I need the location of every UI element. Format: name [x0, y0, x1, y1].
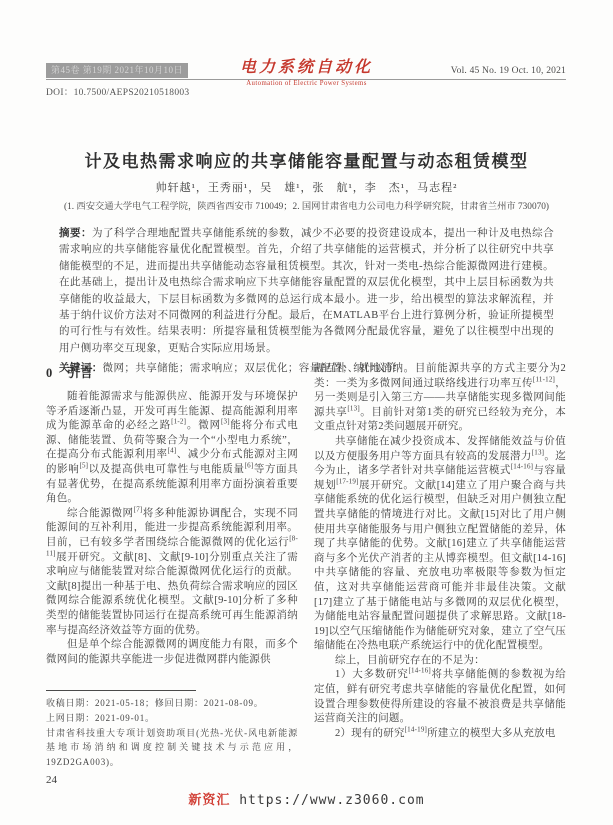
citation-ref: [14-16] — [511, 463, 533, 471]
left-column: 0 引言 随着能源需求与能源供应、能源开发与环境保护等矛盾逐渐凸显，开发可再生能… — [46, 362, 298, 770]
page-number: 24 — [46, 774, 57, 786]
citation-ref: [11-12] — [533, 375, 555, 383]
citation-ref: [6] — [245, 461, 254, 469]
paragraph: 综合能源微网[7]将多种能源协调配合，实现不同能源间的互补利用，能进一步提高系统… — [46, 507, 298, 638]
abstract-label: 摘要： — [59, 228, 92, 239]
citation-ref: [14-16] — [409, 667, 431, 675]
paper-title: 计及电热需求响应的共享储能容量配置与动态租赁模型 — [0, 147, 613, 172]
paragraph: 综上，目前研究存在的不足为： — [314, 654, 566, 669]
body-columns: 0 引言 随着能源需求与能源供应、能源开发与环境保护等矛盾逐渐凸显，开发可再生能… — [46, 362, 566, 770]
citation-ref: [1-2] — [171, 418, 186, 426]
abstract-block: 摘要：为了科学合理地配置共享储能系统的参数，减少不必要的投资建设成本，提出一种计… — [59, 226, 554, 378]
journal-page: 第45卷 第19期 2021年10月10日 DOI：10.7500/AEPS20… — [0, 0, 613, 825]
affiliations-line: (1. 西安交通大学电气工程学院，陕西省西安市 710049；2. 国网甘肃省电… — [0, 198, 613, 212]
citation-ref: [4] — [168, 447, 177, 455]
section-heading-introduction: 0 引言 — [46, 363, 298, 381]
paragraph: 共享储能在减少投资成本、发挥储能效益与价值以及方便服务用户等方面具有较高的发展潜… — [314, 435, 566, 654]
paragraph: 2）现有的研究[14-19]所建立的模型大多从充放电 — [314, 727, 566, 742]
paragraph: 1）大多数研究[14-16]将共享储能侧的参数视为给定值，鲜有研究考虑共享储能的… — [314, 668, 566, 726]
left-column-text: 随着能源需求与能源供应、能源开发与环境保护等矛盾逐渐凸显，开发可再生能源、提高能… — [46, 390, 298, 667]
paragraph: 但是单个综合能源微网的调度能力有限，而多个微网间的能源共享能进一步促进微网群内能… — [46, 638, 298, 667]
footnote-block: 收稿日期：2021-05-18；修回日期：2021-08-09。 上网日期：20… — [46, 690, 298, 770]
footnote-received-dates: 收稿日期：2021-05-18；修回日期：2021-08-09。 — [46, 696, 298, 711]
issue-info-en: Vol. 45 No. 19 Oct. 10, 2021 — [451, 66, 566, 76]
watermark-brand: 新资汇 — [188, 793, 230, 808]
watermark: 新资汇 https://www.z3060.com — [0, 789, 613, 808]
right-column-text: 需互补、就地消纳。目前能源共享的方式主要分为2类：一类为多微网间通过联络线进行功… — [314, 362, 566, 741]
footnote-rule — [46, 690, 196, 691]
paragraph: 随着能源需求与能源供应、能源开发与环境保护等矛盾逐渐凸显，开发可再生能源、提高能… — [46, 390, 298, 507]
citation-ref: [5] — [79, 461, 88, 469]
citation-ref: [17-19] — [336, 477, 358, 485]
footnote-funding: 甘肃省科技重大专项计划资助项目(光热-光伏-风电新能源基地市场消纳和调度控制关键… — [46, 726, 298, 770]
authors-line: 帅轩越¹，王秀丽¹，吴 雄¹，张 航¹，李 杰¹，马志程² — [0, 179, 613, 195]
paragraph: 需互补、就地消纳。目前能源共享的方式主要分为2类：一类为多微网间通过联络线进行功… — [314, 362, 566, 435]
citation-ref: [3] — [221, 418, 230, 426]
right-column: 需互补、就地消纳。目前能源共享的方式主要分为2类：一类为多微网间通过联络线进行功… — [314, 362, 566, 770]
abstract-paragraph: 摘要：为了科学合理地配置共享储能系统的参数，减少不必要的投资建设成本，提出一种计… — [59, 226, 554, 357]
citation-ref: [14-19] — [405, 725, 427, 733]
watermark-url: https://www.z3060.com — [239, 793, 424, 808]
citation-ref: [7] — [134, 505, 143, 513]
citation-ref: [13] — [532, 448, 544, 456]
citation-ref: [13] — [347, 404, 359, 412]
citation-ref: [8-11] — [46, 534, 298, 557]
footnote-online-date: 上网日期：2021-09-01。 — [46, 711, 298, 726]
journal-name-en: Automation of Electric Power Systems — [0, 80, 613, 87]
abstract-text: 为了科学合理地配置共享储能系统的参数，减少不必要的投资建设成本，提出一种计及电热… — [59, 228, 554, 354]
